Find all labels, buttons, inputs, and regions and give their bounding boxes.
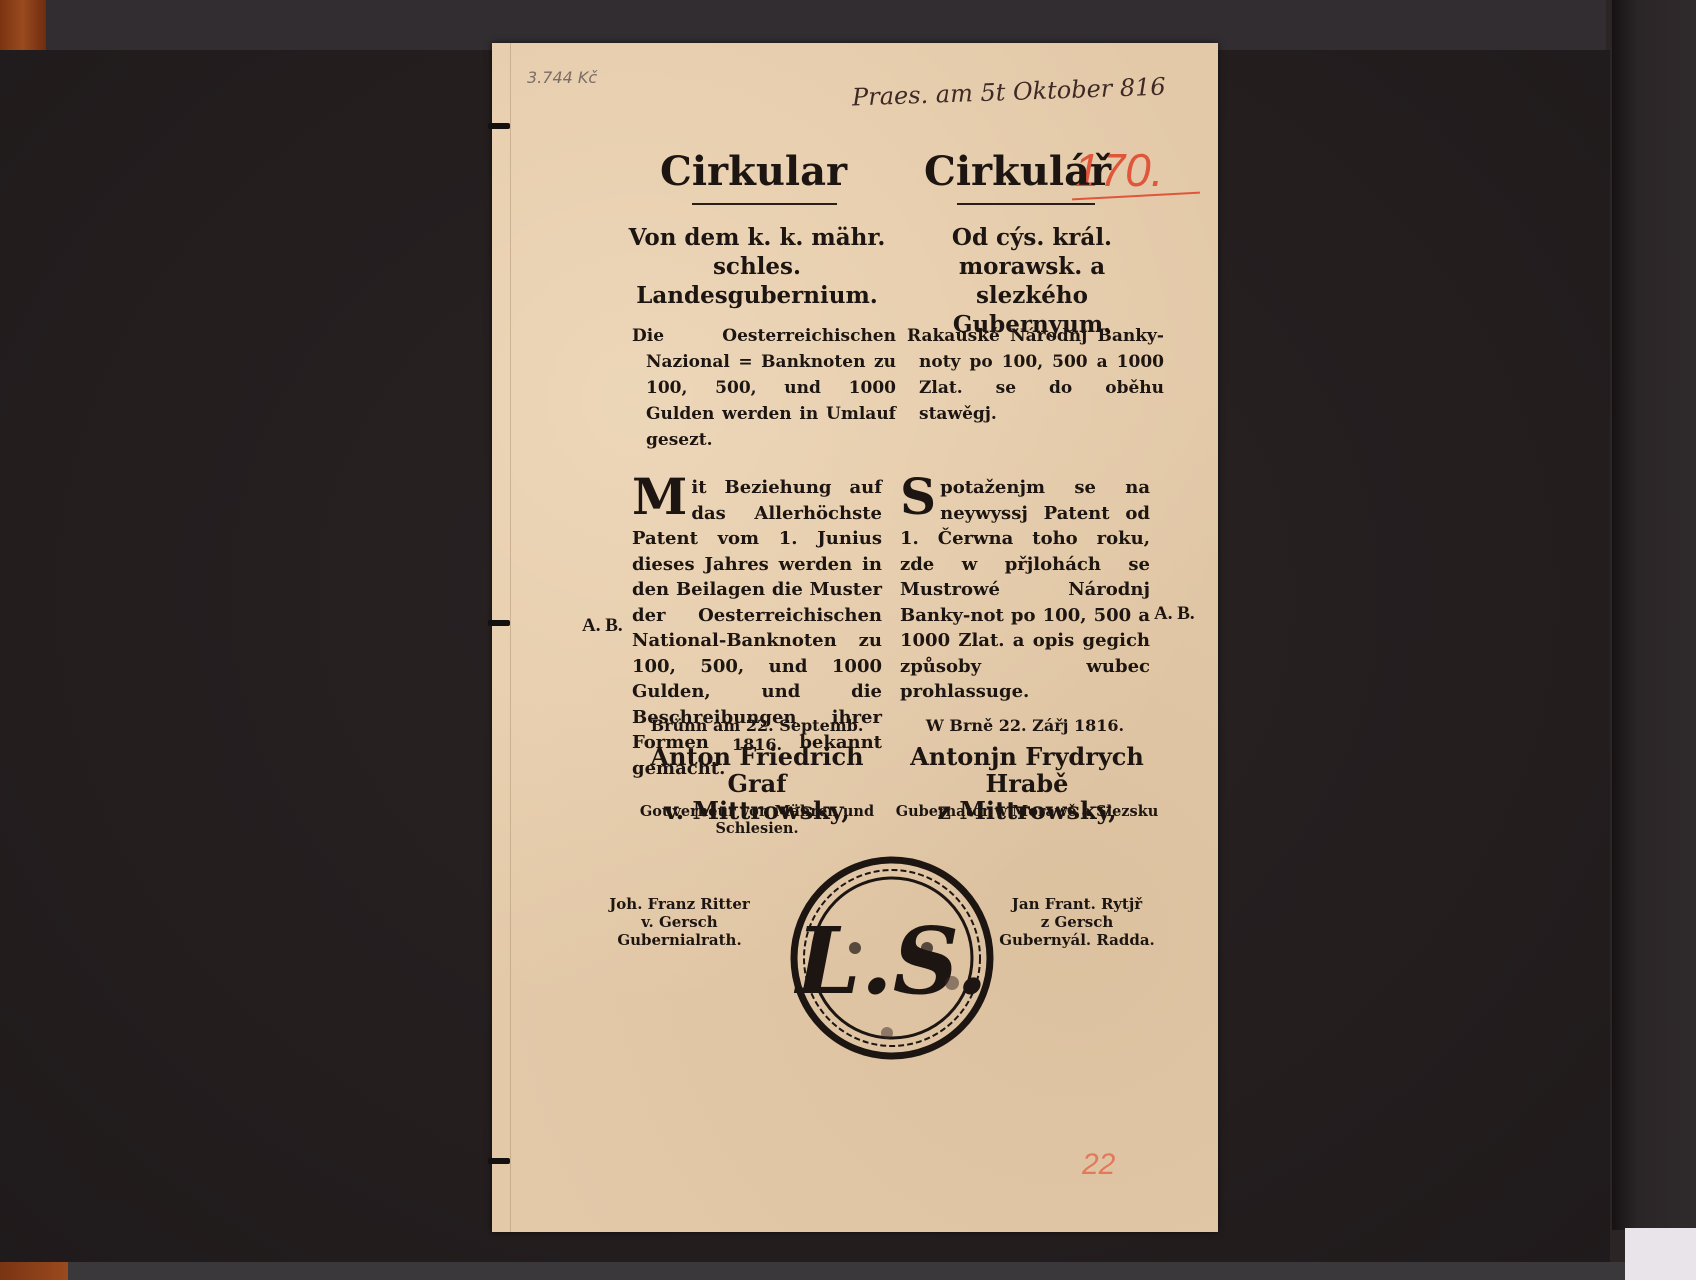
margin-note-czech: A. B. <box>1154 603 1195 625</box>
white-cloth <box>1625 1228 1696 1280</box>
issuer-german-line2: schles. Landesgubernium. <box>622 252 892 310</box>
seal-icon: L.S. <box>787 853 997 1063</box>
countersigner-german-line2: v. Gersch <box>587 913 772 931</box>
red-page-number: 22 <box>1082 1148 1115 1182</box>
bottom-board-edge <box>68 1262 1628 1280</box>
body-czech-text: potaženjm se na neywyssj Patent od 1. Če… <box>900 477 1150 702</box>
wooden-frame-corner-bottom <box>0 1262 68 1280</box>
countersigner-czech: Jan Frant. Rytjř z Gersch Gubernyál. Rad… <box>992 895 1162 949</box>
signer-czech-name: Antonjn Frydrych Hrabě <box>892 743 1162 797</box>
subject-czech: Rakauské Národnj Banky-noty po 100, 500 … <box>907 323 1164 427</box>
issuer-czech: Od cýs. král. morawsk. a slezkého Gubern… <box>897 223 1167 339</box>
binding-fold <box>510 43 511 1232</box>
circular-document: 3.744 Kč Praes. am 5t Oktober 816 170. C… <box>492 43 1218 1232</box>
countersigner-czech-line2: z Gersch <box>992 913 1162 931</box>
title-rule-czech <box>957 203 1095 205</box>
dropcap-german: M <box>632 475 687 519</box>
signer-role-german-line2: Schlesien. <box>622 820 892 837</box>
right-board-edge <box>1612 0 1696 1230</box>
issuer-german-line1: Von dem k. k. mähr. <box>622 223 892 252</box>
countersigner-german: Joh. Franz Ritter v. Gersch Gubernialrat… <box>587 895 772 949</box>
signer-role-german: Gouverneur von Mähren und Schlesien. <box>622 803 892 837</box>
title-czech: Cirkulář <box>924 148 1111 195</box>
countersigner-german-line1: Joh. Franz Ritter <box>587 895 772 913</box>
signer-role-german-line1: Gouverneur von Mähren und <box>622 803 892 820</box>
wooden-frame-corner <box>0 0 46 56</box>
binding-stitch <box>488 123 510 129</box>
archive-pencil-number: 3.744 Kč <box>527 68 597 87</box>
countersigner-czech-line3: Gubernyál. Radda. <box>992 931 1162 949</box>
title-rule-german <box>692 203 837 205</box>
countersigner-czech-line1: Jan Frant. Rytjř <box>992 895 1162 913</box>
date-czech: W Brně 22. Zářj 1816. <box>900 716 1150 735</box>
binding-stitch <box>488 1158 510 1164</box>
countersigner-german-line3: Gubernialrath. <box>587 931 772 949</box>
handwritten-note: Praes. am 5t Oktober 816 <box>852 73 1167 112</box>
subject-german: Die Oesterreichischen Nazional = Banknot… <box>632 323 896 453</box>
issuer-german: Von dem k. k. mähr. schles. Landesgubern… <box>622 223 892 310</box>
title-german: Cirkular <box>660 148 847 195</box>
body-czech: Spotaženjm se na neywyssj Patent od 1. Č… <box>900 475 1150 705</box>
signer-role-czech: Gubernator w Morawě a Slezsku <box>892 803 1162 820</box>
binding-stitch <box>488 620 510 626</box>
signer-role-czech-line1: Gubernator w Morawě a Slezsku <box>892 803 1162 820</box>
seal-monogram: L.S. <box>793 907 988 1015</box>
dropcap-czech: S <box>900 475 936 519</box>
signer-german-name: Anton Friedrich Graf <box>622 743 892 797</box>
margin-note-german: A. B. <box>582 615 623 637</box>
issuer-czech-line1: Od cýs. král. morawsk. a <box>897 223 1167 281</box>
